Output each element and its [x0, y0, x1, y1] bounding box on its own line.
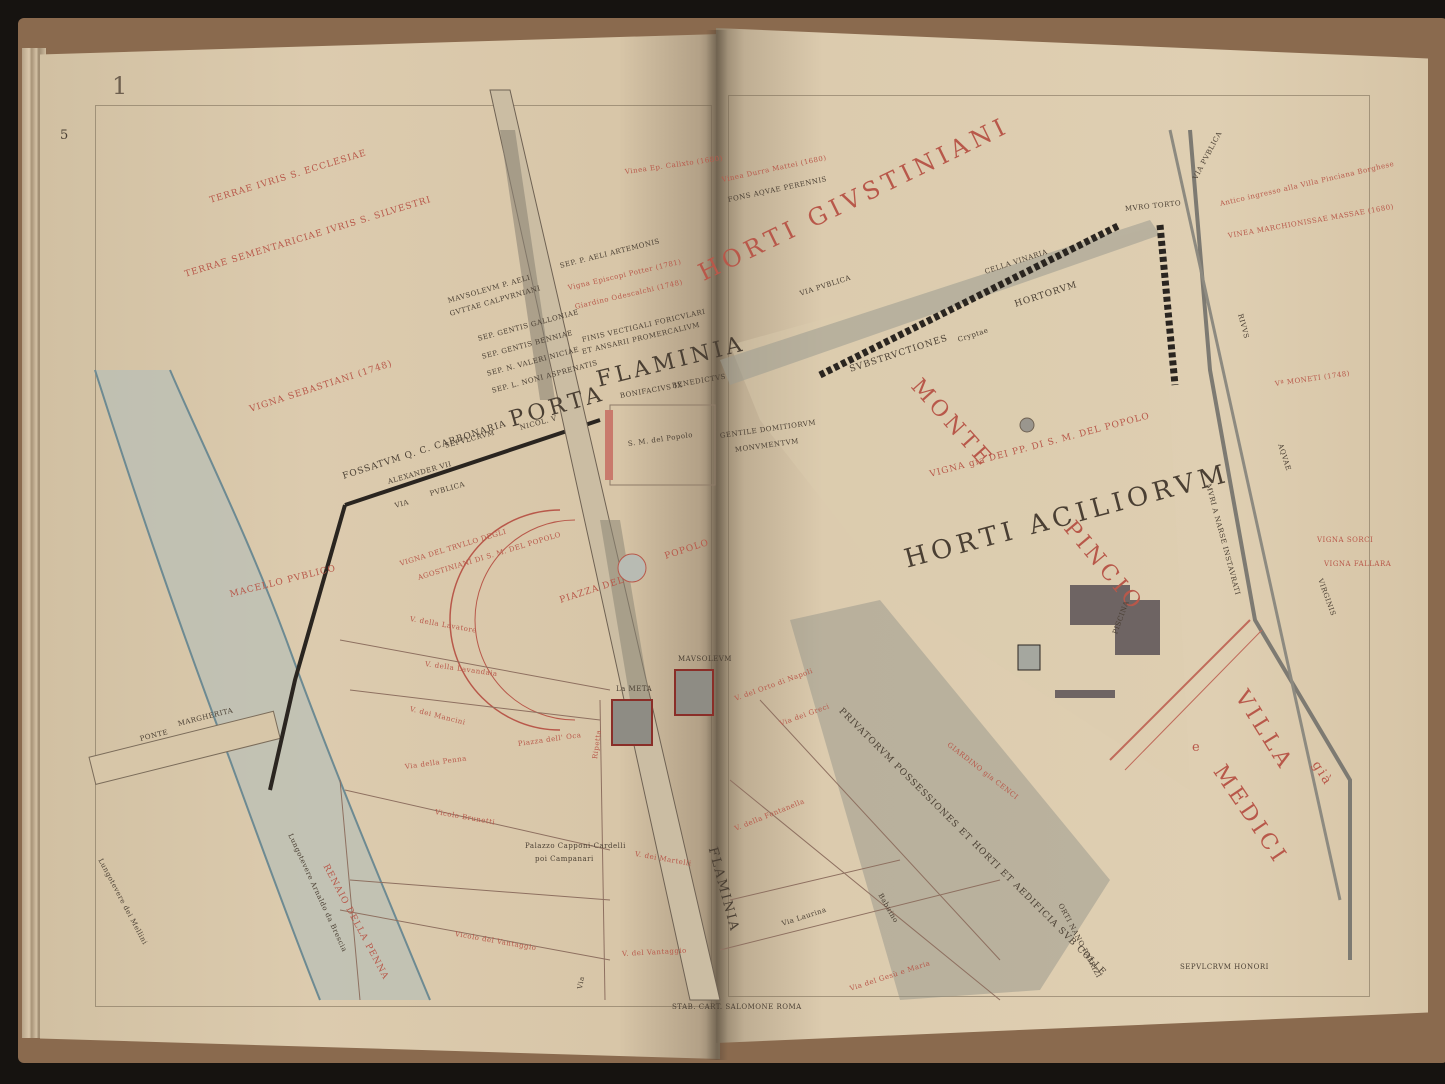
label-campanari: poi Campanari	[535, 855, 594, 863]
imprint-text: STAB. CART. SALOMONE ROMA	[672, 1003, 802, 1011]
atlas-book: 1 5 TERRAE IVRIS S. ECCLESIAE TERRAE SEM…	[0, 0, 1445, 1084]
plate-number: 1	[112, 72, 127, 100]
nymphaeum	[1018, 645, 1040, 670]
label-la-meta: La META	[616, 685, 652, 693]
santa-maria-del-popolo	[610, 405, 715, 485]
label-mausoleum2: MAVSOLEVM	[678, 655, 732, 663]
church-miracoli	[675, 670, 713, 715]
margin-mark: 5	[60, 128, 70, 143]
label-vigna-sorci: VIGNA SORCI	[1317, 536, 1373, 544]
church-montesanto	[612, 700, 652, 745]
label-e: e	[1192, 740, 1202, 755]
label-sepulcrum-honori: SEPVLCRVM HONORI	[1180, 963, 1269, 971]
map-linework	[0, 0, 1445, 1084]
label-palazzo-capponi: Palazzo Capponi-Cardelli	[525, 842, 626, 850]
label-vigna-fallara: VIGNA FALLARA	[1324, 560, 1391, 568]
